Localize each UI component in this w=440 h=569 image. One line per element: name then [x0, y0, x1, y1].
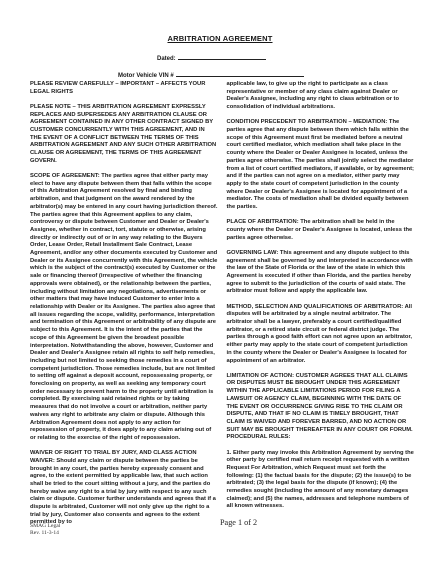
footer-page-number: Page 1 of 2 — [220, 518, 257, 527]
footer-org: SMAG Legal — [30, 523, 60, 530]
vin-line: Motor Vehicle VIN # — [118, 70, 304, 79]
page-title: ARBITRATION AGREEMENT — [0, 34, 440, 43]
arbitrator-selection-paragraph: METHOD, SELECTION AND QUALIFICATIONS OF … — [227, 304, 415, 366]
mediation-condition-paragraph: CONDITION PRECEDENT TO ARBITRATION – MED… — [227, 119, 415, 211]
dated-blank-field — [178, 53, 266, 60]
left-column: PLEASE REVIEW CAREFULLY – IMPORTANT – AF… — [30, 81, 218, 535]
governing-law-paragraph: GOVERNING LAW: This agreement and any di… — [227, 250, 415, 296]
dated-line: Dated: — [157, 53, 266, 62]
supersede-notice: PLEASE NOTE – THIS ARBITRATION AGREEMENT… — [30, 104, 218, 166]
dated-label: Dated: — [157, 56, 176, 62]
place-of-arbitration-paragraph: PLACE OF ARBITRATION: The arbitration sh… — [227, 219, 415, 242]
right-column: applicable law, to give up the right to … — [227, 81, 415, 535]
jury-waiver-paragraph: WAIVER OF RIGHT TO TRIAL BY JURY, AND CL… — [30, 450, 218, 527]
footer-revision: Rev. 11-3-14 — [30, 530, 60, 537]
document-body: PLEASE REVIEW CAREFULLY – IMPORTANT – AF… — [30, 81, 414, 535]
footer-document-info: SMAG Legal Rev. 11-3-14 — [30, 523, 60, 537]
scope-of-agreement-paragraph: SCOPE OF AGREEMENT: The parties agree th… — [30, 173, 218, 443]
procedural-rules-heading: PROCEDURAL RULES: — [227, 434, 415, 442]
class-action-continuation-paragraph: applicable law, to give up the right to … — [227, 81, 415, 112]
procedural-rule-item-1: 1. Either party may invoke this Arbitrat… — [227, 450, 415, 512]
legal-rights-notice: PLEASE REVIEW CAREFULLY – IMPORTANT – AF… — [30, 81, 218, 96]
vin-blank-field — [176, 70, 304, 77]
vin-label: Motor Vehicle VIN # — [118, 73, 174, 79]
limitation-of-action-paragraph: LIMITATION OF ACTION: CUSTOMER AGREES TH… — [227, 373, 415, 435]
document-page: ARBITRATION AGREEMENT Dated: Motor Vehic… — [0, 0, 440, 569]
